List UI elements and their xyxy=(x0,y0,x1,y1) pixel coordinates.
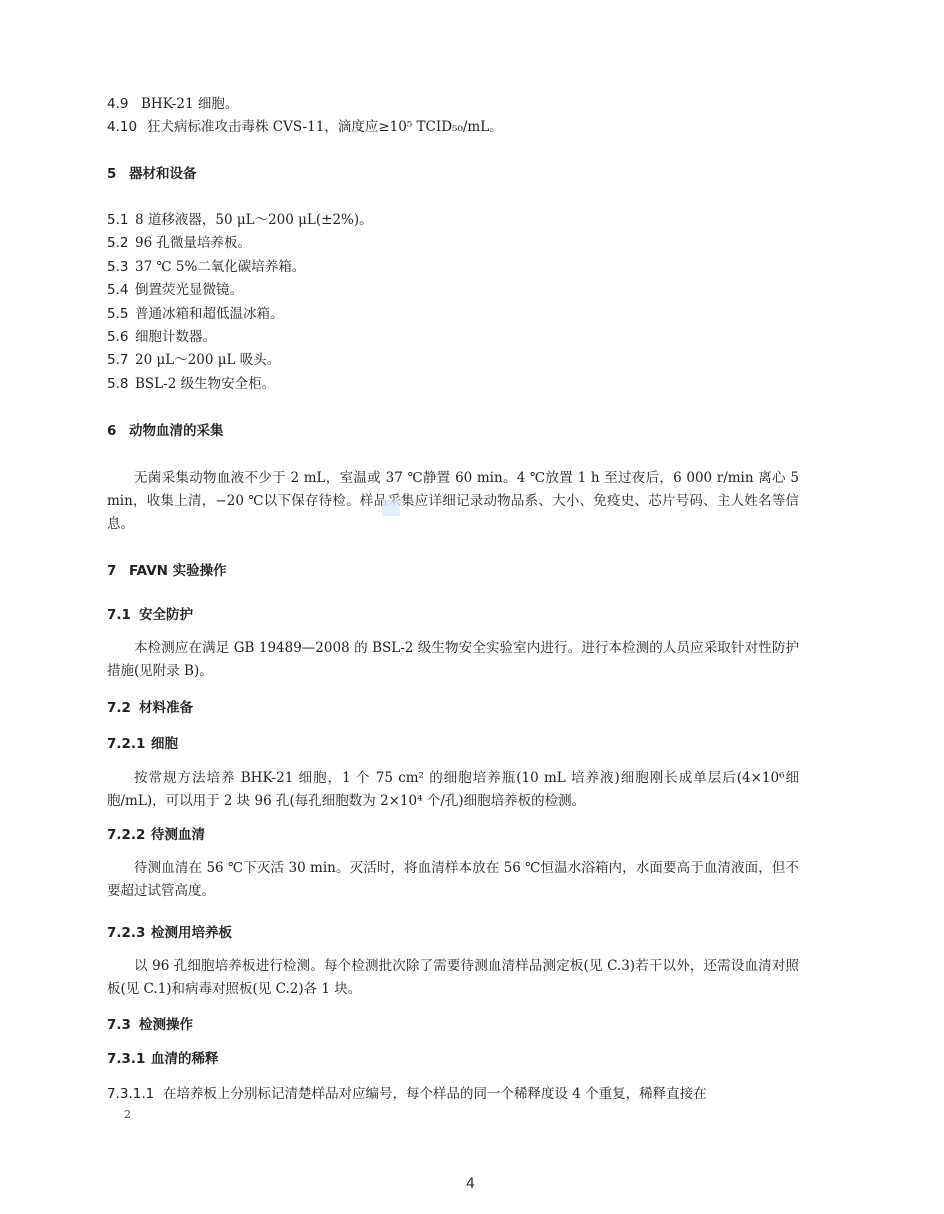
section-7-2-1-heading: 7.2.1细胞 xyxy=(107,735,178,753)
page-number: 4 xyxy=(466,1176,475,1192)
item-text: 在培养板上分别标记清楚样品对应编号，每个样品的同一个稀释度设 4 个重复，稀释直… xyxy=(163,1086,707,1102)
item-5-8: 5.8BSL-2 级生物安全柜。 xyxy=(107,375,275,393)
item-5-2: 5.296 孔微量培养板。 xyxy=(107,234,251,252)
item-4-10: 4.10狂犬病标准攻击毒株 CVS-11，滴度应≥10⁵ TCID₅₀/mL。 xyxy=(107,118,503,136)
item-number: 4.10 xyxy=(107,118,147,136)
section-number: 7.1 xyxy=(107,606,139,624)
section-title: 检测操作 xyxy=(139,1017,193,1033)
item-5-5: 5.5普通冰箱和超低温冰箱。 xyxy=(107,305,284,323)
item-number: 5.2 xyxy=(107,234,135,252)
section-title: 细胞 xyxy=(151,736,178,752)
section-number: 7.2.1 xyxy=(107,735,151,753)
section-7-2-heading: 7.2材料准备 xyxy=(107,699,193,717)
section-number: 7.3.1 xyxy=(107,1050,151,1068)
item-text: 37 ℃ 5%二氧化碳培养箱。 xyxy=(135,259,305,275)
item-number: 5.3 xyxy=(107,258,135,276)
section-7-2-3-heading: 7.2.3检测用培养板 xyxy=(107,924,232,942)
section-number: 7.2 xyxy=(107,699,139,717)
section-7-1-body: 本检测应在满足 GB 19489—2008 的 BSL-2 级生物安全实验室内进… xyxy=(107,637,799,683)
section-5-heading: 5器材和设备 xyxy=(107,165,197,183)
section-6-heading: 6动物血清的采集 xyxy=(107,422,224,440)
item-5-6: 5.6细胞计数器。 xyxy=(107,328,216,346)
section-7-3-1-heading: 7.3.1血清的稀释 xyxy=(107,1050,219,1068)
section-number: 7 xyxy=(107,562,129,580)
item-number: 5.1 xyxy=(107,211,135,229)
item-5-3: 5.337 ℃ 5%二氧化碳培养箱。 xyxy=(107,258,305,276)
section-7-2-1-body: 按常规方法培养 BHK-21 细胞，1 个 75 cm² 的细胞培养瓶(10 m… xyxy=(107,767,799,813)
section-number: 7.2.2 xyxy=(107,826,151,844)
footer-small-number: 2 xyxy=(124,1108,131,1121)
section-title: 安全防护 xyxy=(139,607,193,623)
highlight-mark xyxy=(382,500,400,516)
section-number: 6 xyxy=(107,422,129,440)
section-7-3-heading: 7.3检测操作 xyxy=(107,1016,193,1034)
item-number: 5.5 xyxy=(107,305,135,323)
item-text: BHK-21 细胞。 xyxy=(141,96,238,112)
document-page: 4.9BHK-21 细胞。 4.10狂犬病标准攻击毒株 CVS-11，滴度应≥1… xyxy=(0,0,944,1214)
section-7-heading: 7FAVN 实验操作 xyxy=(107,562,227,580)
item-text: 8 道移液器，50 μL～200 μL(±2%)。 xyxy=(135,212,373,228)
item-text: 20 μL～200 μL 吸头。 xyxy=(135,352,280,368)
item-5-1: 5.18 道移液器，50 μL～200 μL(±2%)。 xyxy=(107,211,373,229)
item-text: BSL-2 级生物安全柜。 xyxy=(135,376,275,392)
item-number: 5.4 xyxy=(107,281,135,299)
item-text: 细胞计数器。 xyxy=(135,329,216,345)
item-5-4: 5.4倒置荧光显微镜。 xyxy=(107,281,243,299)
section-number: 5 xyxy=(107,165,129,183)
item-text: 狂犬病标准攻击毒株 CVS-11，滴度应≥10⁵ TCID₅₀/mL。 xyxy=(147,119,503,135)
item-number: 5.7 xyxy=(107,351,135,369)
section-title: 器材和设备 xyxy=(129,166,197,182)
item-number: 7.3.1.1 xyxy=(107,1085,163,1103)
section-number: 7.3 xyxy=(107,1016,139,1034)
item-number: 5.8 xyxy=(107,375,135,393)
item-7-3-1-1: 7.3.1.1在培养板上分别标记清楚样品对应编号，每个样品的同一个稀释度设 4 … xyxy=(107,1085,707,1103)
item-text: 倒置荧光显微镜。 xyxy=(135,282,243,298)
item-5-7: 5.720 μL～200 μL 吸头。 xyxy=(107,351,280,369)
item-text: 96 孔微量培养板。 xyxy=(135,235,251,251)
section-7-2-3-body: 以 96 孔细胞培养板进行检测。每个检测批次除了需要待测血清样品测定板(见 C.… xyxy=(107,955,799,1001)
section-6-body: 无菌采集动物血液不少于 2 mL，室温或 37 ℃静置 60 min。4 ℃放置… xyxy=(107,467,799,536)
section-title: 检测用培养板 xyxy=(151,925,232,941)
item-4-9: 4.9BHK-21 细胞。 xyxy=(107,95,238,113)
item-text: 普通冰箱和超低温冰箱。 xyxy=(135,306,284,322)
section-title: 待测血清 xyxy=(151,827,205,843)
section-title: 材料准备 xyxy=(139,700,193,716)
section-7-2-2-body: 待测血清在 56 ℃下灭活 30 min。灭活时，将血清样本放在 56 ℃恒温水… xyxy=(107,857,799,903)
section-7-2-2-heading: 7.2.2待测血清 xyxy=(107,826,205,844)
section-title: FAVN 实验操作 xyxy=(129,563,227,579)
section-7-1-heading: 7.1安全防护 xyxy=(107,606,193,624)
section-number: 7.2.3 xyxy=(107,924,151,942)
item-number: 4.9 xyxy=(107,95,141,113)
section-title: 动物血清的采集 xyxy=(129,423,224,439)
section-title: 血清的稀释 xyxy=(151,1051,219,1067)
item-number: 5.6 xyxy=(107,328,135,346)
